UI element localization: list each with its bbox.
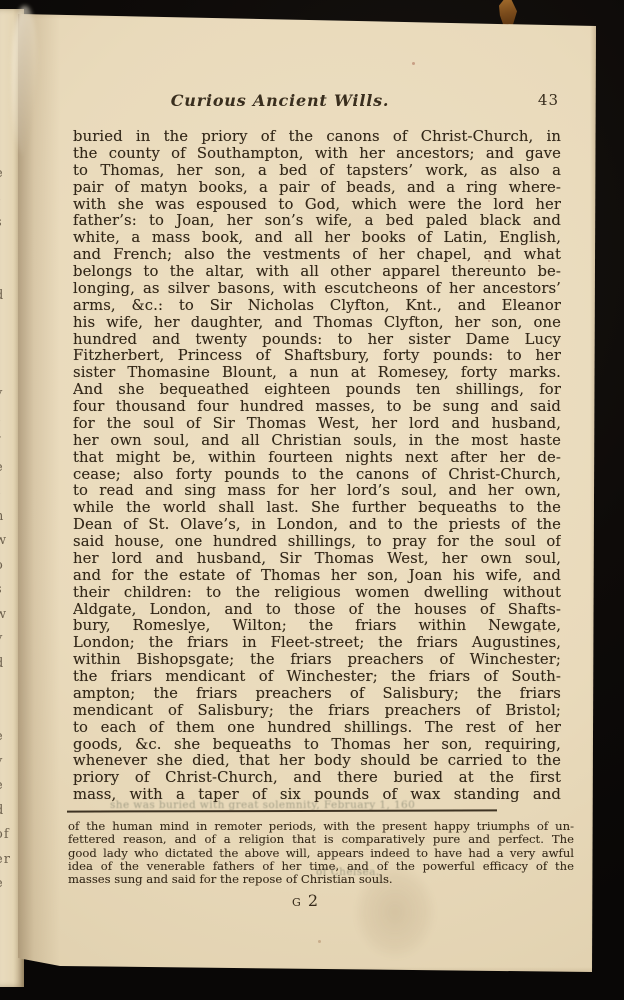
page-curl-highlight xyxy=(12,6,38,156)
body-text-line: that might be, within fourteen nights ne… xyxy=(73,450,561,467)
footnote: of the human mind in remoter periods, wi… xyxy=(68,820,574,886)
body-text-line: Dean of St. Olave’s, in London, and to t… xyxy=(73,517,561,534)
body-text-line: pair of matyn books, a pair of beads, an… xyxy=(73,180,561,197)
body-text-line: longing, as silver basons, with escutche… xyxy=(73,281,561,298)
body-text-line: for the soul of Sir Thomas West, her lor… xyxy=(73,416,561,433)
footnote-line: of the human mind in remoter periods, wi… xyxy=(68,820,574,833)
body-text-line: and for the estate of Thomas her son, Jo… xyxy=(73,568,561,585)
body-text-line: hundred and twenty pounds: to her sister… xyxy=(73,332,561,349)
photo-backdrop: ; e t s , l d ; , l y t f e t n w o s w … xyxy=(0,0,624,1000)
footnote-line: masses sung and said for the repose of C… xyxy=(68,873,574,886)
body-text-line: arms, &c.: to Sir Nicholas Clyfton, Knt.… xyxy=(73,298,561,315)
body-text-line: goods, &c. she bequeaths to Thomas her s… xyxy=(73,737,561,754)
body-text-line: Fitzherbert, Princess of Shaftsbury, for… xyxy=(73,348,561,365)
page-number: 43 xyxy=(538,91,559,109)
footnote-line: good lady who dictated the above will, a… xyxy=(68,847,574,860)
body-text-line: whenever she died, that her body should … xyxy=(73,753,561,770)
signature-mark: G 2 xyxy=(52,891,558,910)
signature-numeral: 2 xyxy=(308,891,318,910)
body-text-line: within Bishopsgate; the friars preachers… xyxy=(73,652,561,669)
body-text-line: father’s: to Joan, her son’s wife, a bed… xyxy=(73,213,561,230)
body-text-line: with she was espoused to God, which were… xyxy=(73,197,561,214)
body-text-line: white, a mass book, and all her books of… xyxy=(73,230,561,247)
body-text: buried in the priory of the canons of Ch… xyxy=(73,129,561,804)
book-page: Curious Ancient Wills. 43 buried in the … xyxy=(18,10,598,978)
body-text-line: said house, one hundred shillings, to pr… xyxy=(73,534,561,551)
body-text-line: Aldgate, London, and to those of the hou… xyxy=(73,602,561,619)
body-text-line: her own soul, and all Christian souls, i… xyxy=(73,433,561,450)
ribbon-remnant xyxy=(499,0,517,28)
body-text-line: the county of Southampton, with her ance… xyxy=(73,146,561,163)
body-text-line: to each of them one hundred shillings. T… xyxy=(73,720,561,737)
body-text-line: the friars mendicant of Winchester; the … xyxy=(73,669,561,686)
body-text-line: mendicant of Salisbury; the friars preac… xyxy=(73,703,561,720)
footnote-rule xyxy=(67,809,497,812)
signature-letter: G xyxy=(292,896,303,909)
gutter-strip-text: ; e t s , l d ; , l y t f e t n w o s w … xyxy=(0,137,15,897)
paper-speck xyxy=(412,62,415,65)
paper-speck xyxy=(318,940,321,943)
body-text-line: his wife, her daughter, and Thomas Clyft… xyxy=(73,315,561,332)
body-text-line: belongs to the altar, with all other app… xyxy=(73,264,561,281)
body-text-line: cease; also forty pounds to the canons o… xyxy=(73,467,561,484)
footnote-line: idea of the venerable fathers of her tim… xyxy=(68,860,574,873)
running-head: Curious Ancient Wills. xyxy=(36,91,524,110)
body-text-line: and French; also the vestments of her ch… xyxy=(73,247,561,264)
body-text-line: ampton; the friars preachers of Salisbur… xyxy=(73,686,561,703)
body-text-line: while the world shall last. She further … xyxy=(73,500,561,517)
body-text-line: to Thomas, her son, a bed of tapsters’ w… xyxy=(73,163,561,180)
body-text-line: their children: to the religious women d… xyxy=(73,585,561,602)
page-header: Curious Ancient Wills. 43 xyxy=(73,91,561,111)
body-text-line: her lord and husband, Sir Thomas West, h… xyxy=(73,551,561,568)
body-text-line: priory of Christ-Church, and there burie… xyxy=(73,770,561,787)
body-text-line: mass, with a taper of six pounds of wax … xyxy=(73,787,561,804)
body-text-line: four thousand four hundred masses, to be… xyxy=(73,399,561,416)
body-text-line: London; the friars in Fleet-street; the … xyxy=(73,635,561,652)
footnote-line: fettered reason, and of a religion that … xyxy=(68,833,574,846)
body-text-line: to read and sing mass for her lord’s sou… xyxy=(73,483,561,500)
body-text-line: buried in the priory of the canons of Ch… xyxy=(73,129,561,146)
body-text-line: bury, Romeslye, Wilton; the friars withi… xyxy=(73,618,561,635)
body-text-line: And she bequeathed eighteen pounds ten s… xyxy=(73,382,561,399)
body-text-line: sister Thomasine Blount, a nun at Romese… xyxy=(73,365,561,382)
